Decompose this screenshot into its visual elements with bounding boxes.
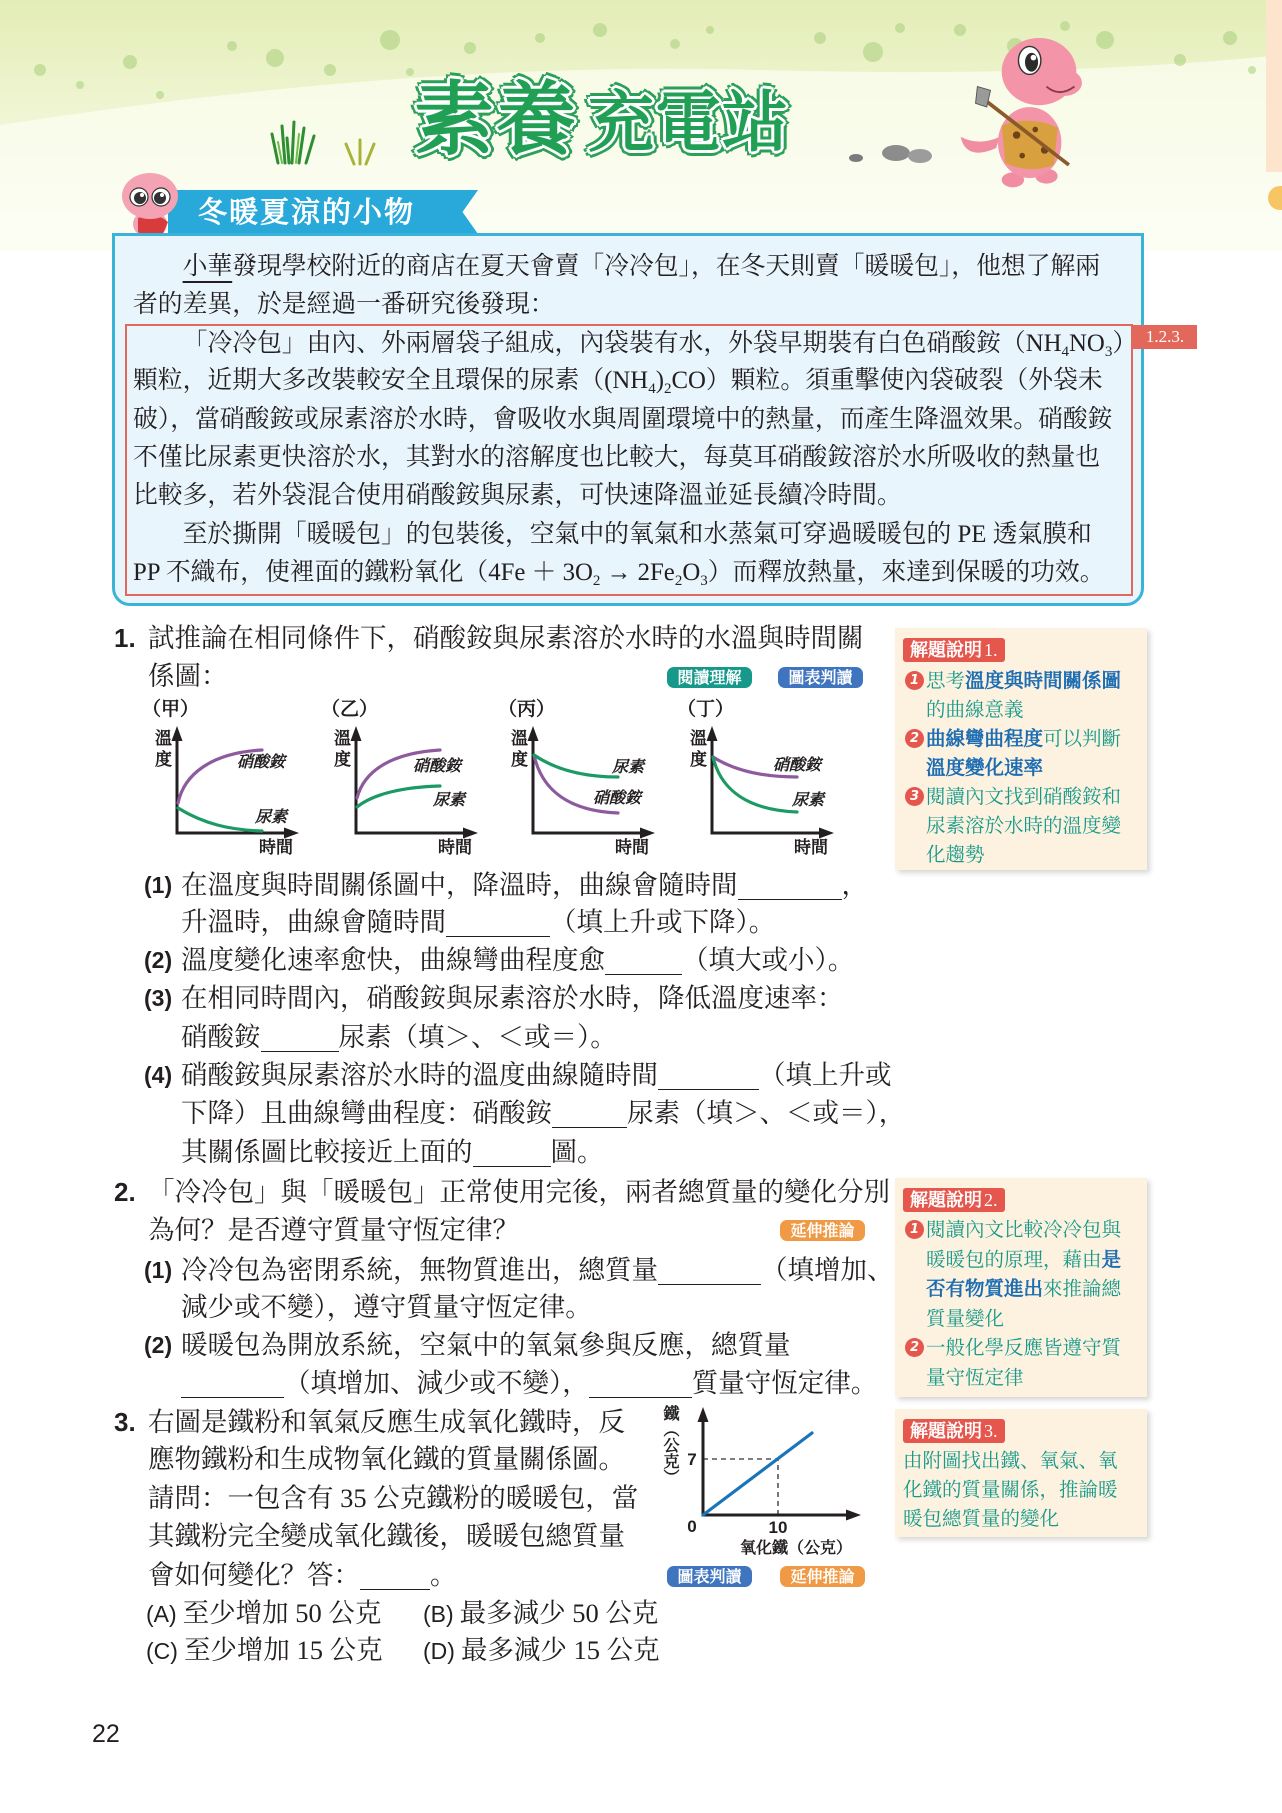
sub-question-line: 暖暖包為開放系統，空氣中的氧氣參與反應，總質量 [181, 1326, 791, 1364]
sub-question-number: (2) [144, 941, 172, 979]
hint-title: 解題說明 [910, 1190, 982, 1211]
sub-question-line: 在溫度與時間關係圖中，降溫時，曲線會隨時間， [181, 866, 868, 904]
question-number: 3. [114, 1403, 136, 1441]
passage-line: 小華發現學校附近的商店在夏天會賣「冷冷包」，在冬天則賣「暖暖包」，他想了解兩 [133, 248, 1100, 286]
curve-urea [534, 755, 618, 777]
option-text: 最多減少 15 公克 [461, 1635, 660, 1665]
graph-label: （丁） [677, 699, 734, 721]
graph-label: （丙） [498, 699, 555, 721]
hint-line: 質量變化 [895, 1304, 1147, 1334]
answer-blank [658, 1251, 761, 1285]
y-axis-arrow-icon [172, 726, 183, 741]
textbook-page: 素養 充電站 冬暖夏涼的小物 1.2.3. [0, 0, 1282, 1813]
y-axis-arrow-icon [707, 726, 718, 741]
hint-line: 否有物質進出來推論總 [895, 1274, 1147, 1304]
sub-question-text: 尿素（填＞、＜或＝）， [627, 1098, 905, 1128]
graph-bing: （丙） 溫度 硝酸銨 尿素 時間 [488, 695, 663, 865]
section-banner: 冬暖夏涼的小物 [168, 190, 478, 234]
hint-text: 可以判斷 [1043, 727, 1121, 750]
number-circle-icon: 3 [905, 787, 924, 806]
question-text: 為何？是否遵守質量守恆定律？ [148, 1211, 519, 1249]
x-axis-label: 時間 [615, 838, 649, 858]
hint-line: 暖暖包的原理，藉由是 [895, 1245, 1147, 1275]
sub-question-text: 在相同時間內，硝酸銨與尿素溶於水時，降低溫度速率： [181, 983, 844, 1013]
answer-blank [605, 941, 682, 975]
hint-highlight: 否有物質進出 [926, 1277, 1043, 1300]
hint-box-3: 解題說明3. 由附圖找出鐵、氧氣、氧 化鐵的質量關係，推論暖 暖包總質量的變化 [895, 1409, 1147, 1537]
curve-label-ammonium-nitrate: 硝酸銨 [593, 788, 641, 808]
passage-line: 比較多，若外袋混合使用硝酸銨與尿素，可快速降溫並延長續冷時間。 [133, 477, 902, 515]
tag-extended-reasoning: 延伸推論 [780, 1566, 865, 1587]
question-line: 會如何變化？答：。 [148, 1556, 457, 1594]
sub-question-text: （填大或小）。 [682, 945, 854, 975]
question-number: 2. [114, 1173, 136, 1211]
answer-blank [552, 1094, 627, 1128]
number-circle-icon: 2 [905, 729, 924, 748]
passage-text: 者的差異，於是經過一番研究後發現： [133, 291, 555, 318]
sub-question-text: 硝酸銨 [181, 1022, 261, 1052]
passage-text: PP 不織布，使裡面的鐵粉氧化（4Fe ＋ 3O [133, 559, 593, 586]
hint-line: 尿素溶於水時的溫度變 [895, 811, 1147, 840]
passage-text: O [682, 559, 700, 586]
passage-text: 破），當硝酸銨或尿素溶於水時，會吸收水與周圍環境中的熱量，而產生降溫效果。硝酸銨 [133, 406, 1112, 433]
hint-text: 質量變化 [926, 1307, 1004, 1330]
option-label: (B) [423, 1601, 454, 1627]
passage-line: 至於撕開「暖暖包」的包裝後，空氣中的氧氣和水蒸氣可穿過暖暖包的 PE 透氣膜和 [133, 516, 1092, 554]
hint-label: 解題說明1. [903, 638, 1005, 662]
question-text: 「冷冷包」與「暖暖包」正常使用完後，兩者總質量的變化分別 [148, 1173, 890, 1211]
hint-line: 化趨勢 [895, 840, 1147, 869]
passage-text: → 2Fe [600, 559, 674, 586]
option-c: (C)至少增加 15 公克 [146, 1631, 383, 1669]
question-text: 右圖是鐵粉和氧氣反應生成氧化鐵時，反 [148, 1403, 625, 1441]
page-title: 素養 充電站 [414, 50, 789, 160]
graph-jia: （甲） 溫度 硝酸銨 尿素 時間 [132, 695, 307, 865]
reference-label: 1.2.3. [1133, 325, 1197, 349]
passage-text: ）而釋放熱量，來達到保暖的功效。 [708, 559, 1105, 586]
answer-blank [446, 903, 550, 937]
y-axis-label: 溫度 [330, 729, 350, 771]
question-text: 應物鐵粉和生成物氧化鐵的質量關係圖。 [148, 1440, 625, 1478]
y-axis-label: 溫度 [507, 729, 527, 771]
sub-question-text: 減少或不變），遵守質量守恆定律。 [181, 1292, 592, 1322]
dinosaur-mascot-icon [955, 20, 1095, 196]
number-circle-icon: 2 [905, 1338, 924, 1357]
passage-text: 至於撕開「暖暖包」的包裝後，空氣中的氧氣和水蒸氣可穿過暖暖包的 PE 透氣膜和 [183, 521, 1092, 548]
x-axis-arrow-icon [284, 828, 299, 839]
hint-text: 化趨勢 [926, 843, 985, 866]
sub-question-text: （填上升或下降）。 [550, 907, 775, 937]
hint-line: 由附圖找出鐵、氧氣、氧 [895, 1446, 1147, 1475]
curve-label-urea: 尿素 [612, 757, 644, 777]
hint-title: 解題說明 [910, 640, 982, 661]
passage-line: 不僅比尿素更快溶於水，其對水的溶解度也比較大，每莫耳硝酸銨溶於水所吸收的熱量也 [133, 439, 1100, 477]
graph-ding: （丁） 溫度 硝酸銨 尿素 時間 [667, 695, 842, 865]
hint-box-1: 解題說明1. 1思考溫度與時間關係圖 的曲線意義 2曲線彎曲程度可以判斷 溫度變… [895, 628, 1147, 870]
sub-question-line: 溫度變化速率愈快，曲線彎曲程度愈（填大或小）。 [181, 941, 854, 979]
question-text: 其鐵粉完全變成氧化鐵後，暖暖包總質量 [148, 1517, 625, 1555]
hint-highlight: 溫度與時間關係圖 [965, 669, 1121, 692]
page-number: 22 [92, 1719, 120, 1749]
hint-item: 2曲線彎曲程度可以判斷 [895, 724, 1147, 753]
passage-line: 破），當硝酸銨或尿素溶於水時，會吸收水與周圍環境中的熱量，而產生降溫效果。硝酸銨 [133, 401, 1112, 439]
sub-question-line: 升溫時，曲線會隨時間（填上升或下降）。 [181, 903, 775, 941]
section-title: 冬暖夏涼的小物 [198, 190, 415, 234]
y-axis-label: 鐵（公克） [661, 1405, 679, 1485]
sub-question-text: 質量守恆定律。 [692, 1368, 878, 1398]
hint-item: 2一般化學反應皆遵守質 [895, 1333, 1147, 1363]
hint-text: 來推論總 [1043, 1277, 1121, 1300]
passage-line: 「冷冷包」由內、外兩層袋子組成，內袋裝有水，外袋早期裝有白色硝酸銨（NH4NO3… [133, 325, 1137, 363]
sub-question-line: 其關係圖比較接近上面的圖。 [181, 1133, 604, 1171]
hint-line: 溫度變化速率 [895, 753, 1147, 782]
sub-question-line: （填增加、減少或不變），質量守恆定律。 [181, 1364, 877, 1402]
sub-question-text: （填增加、 [761, 1255, 894, 1285]
x-axis-label: 時間 [794, 838, 828, 858]
passage-text: CO）顆粒。須重擊使內袋破裂（外袋未 [671, 367, 1102, 394]
y-axis-arrow-icon [528, 726, 539, 741]
number-circle-icon: 1 [905, 671, 924, 690]
sub-question-line: 減少或不變），遵守質量守恆定律。 [181, 1288, 592, 1326]
stones-icon [848, 140, 948, 164]
hint-highlight: 溫度變化速率 [926, 756, 1043, 779]
passage-text: 發現學校附近的商店在夏天會賣「冷冷包」，在冬天則賣「暖暖包」，他想了解兩 [232, 253, 1100, 280]
option-label: (D) [423, 1638, 455, 1664]
answer-blank [360, 1556, 430, 1590]
x-axis-arrow-icon [640, 828, 655, 839]
x-axis-label: 氧化鐵（公克） [740, 1538, 852, 1558]
sub-question-text: 冷冷包為密閉系統，無物質進出，總質量 [181, 1255, 658, 1285]
origin-label: 0 [680, 1518, 704, 1536]
sub-question-line: 在相同時間內，硝酸銨與尿素溶於水時，降低溫度速率： [181, 979, 844, 1017]
sub-question-line: 硝酸銨尿素（填＞、＜或＝）。 [181, 1018, 617, 1056]
x-axis-arrow-icon [846, 1510, 861, 1521]
hint-content: 1思考溫度與時間關係圖 的曲線意義 2曲線彎曲程度可以判斷 溫度變化速率 3閱讀… [895, 666, 1147, 869]
sub-question-text: ， [842, 870, 869, 900]
sub-question-text: 在溫度與時間關係圖中，降溫時，曲線會隨時間 [181, 870, 738, 900]
hint-text: 思考 [926, 669, 965, 692]
question-number: 1. [114, 619, 136, 657]
hint-line: 量守恆定律 [895, 1363, 1147, 1393]
sub-question-text: 溫度變化速率愈快，曲線彎曲程度愈 [181, 945, 605, 975]
option-b: (B)最多減少 50 公克 [423, 1594, 658, 1632]
question-text: 會如何變化？答： [148, 1560, 360, 1590]
hint-highlight: 曲線彎曲程度 [926, 727, 1043, 750]
sub-question-number: (2) [144, 1326, 172, 1364]
sub-question-text: 暖暖包為開放系統，空氣中的氧氣參與反應，總質量 [181, 1330, 791, 1360]
y-axis-label: 溫度 [151, 729, 171, 771]
small-mascot-icon [116, 166, 188, 240]
hint-item: 1閱讀內文比較冷冷包與 [895, 1215, 1147, 1245]
passage-text: NO [1069, 330, 1105, 357]
hint-text: 暖暖包的原理，藉由 [926, 1248, 1102, 1271]
hint-label: 解題說明2. [903, 1188, 1005, 1212]
question-text: 係圖： [148, 657, 228, 695]
answer-blank [181, 1364, 284, 1398]
hint-number: 1. [984, 640, 998, 660]
iron-oxide-mass-graph: 鐵（公克） 7 0 10 氧化鐵（公克） [660, 1400, 870, 1565]
hint-content: 1閱讀內文比較冷冷包與 暖暖包的原理，藉由是 否有物質進出來推論總 質量變化 2… [895, 1215, 1147, 1392]
tag-extended-reasoning: 延伸推論 [780, 1220, 865, 1241]
y-axis-arrow-icon [698, 1407, 709, 1422]
passage-text: 比較多，若外袋混合使用硝酸銨與尿素，可快速降溫並延長續冷時間。 [133, 482, 902, 509]
hint-content: 由附圖找出鐵、氧氣、氧 化鐵的質量關係，推論暖 暖包總質量的變化 [895, 1446, 1147, 1533]
passage-text: ) [656, 367, 664, 394]
answer-blank [738, 866, 842, 900]
sub-question-text: （填增加、減少或不變）， [284, 1368, 589, 1398]
subscript: 3 [700, 573, 708, 589]
x-axis-label: 時間 [438, 838, 472, 858]
passage-text: 「冷冷包」由內、外兩層袋子組成，內袋裝有水，外袋早期裝有白色硝酸銨（NH [183, 330, 1062, 357]
mass-relation-line [703, 1433, 812, 1515]
title-sub: 充電站 [588, 90, 789, 160]
hint-text: 閱讀內文找到硝酸銨和 [926, 785, 1121, 808]
hint-title: 解題說明 [910, 1421, 982, 1442]
option-text: 至少增加 15 公克 [184, 1635, 383, 1665]
hint-line: 的曲線意義 [895, 695, 1147, 724]
hint-line: 暖包總質量的變化 [895, 1504, 1147, 1533]
hint-number: 2. [984, 1190, 998, 1210]
passage-text: 顆粒，近期大多改裝較安全且環保的尿素（(NH [133, 367, 648, 394]
graph-label: （甲） [142, 699, 199, 721]
curve-label-ammonium-nitrate: 硝酸銨 [237, 752, 285, 772]
passage-line: 顆粒，近期大多改裝較安全且環保的尿素（(NH4)2CO）顆粒。須重擊使內袋破裂（… [133, 362, 1103, 400]
sub-question-line: 下降）且曲線彎曲程度：硝酸銨尿素（填＞、＜或＝）， [181, 1094, 905, 1132]
option-d: (D)最多減少 15 公克 [423, 1631, 660, 1669]
curve-urea [178, 808, 262, 831]
answer-blank [261, 1018, 339, 1052]
title-main: 素養 [414, 80, 578, 160]
sub-question-number: (1) [144, 866, 172, 904]
sub-question-number: (3) [144, 979, 172, 1017]
option-text: 至少增加 50 公克 [183, 1598, 382, 1628]
hint-box-2: 解題說明2. 1閱讀內文比較冷冷包與 暖暖包的原理，藉由是 否有物質進出來推論總… [895, 1178, 1147, 1397]
hint-highlight: 是 [1102, 1248, 1122, 1271]
y-axis-label: 溫度 [686, 729, 706, 771]
hint-text: 閱讀內文比較冷冷包與 [926, 1218, 1121, 1241]
sub-question-text: 下降）且曲線彎曲程度：硝酸銨 [181, 1098, 552, 1128]
x-axis-label: 時間 [259, 838, 293, 858]
subscript: 4 [1062, 344, 1070, 360]
subscript: 4 [648, 381, 656, 397]
passage-text: 不僅比尿素更快溶於水，其對水的溶解度也比較大，每莫耳硝酸銨溶於水所吸收的熱量也 [133, 444, 1100, 471]
hint-item: 3閱讀內文找到硝酸銨和 [895, 782, 1147, 811]
passage-line: 者的差異，於是經過一番研究後發現： [133, 286, 555, 324]
graph-label: （乙） [321, 699, 378, 721]
answer-blank [473, 1133, 551, 1167]
hint-text: 的曲線意義 [926, 698, 1024, 721]
number-circle-icon: 1 [905, 1220, 924, 1239]
hint-text: 量守恆定律 [926, 1366, 1024, 1389]
x-axis-arrow-icon [463, 828, 478, 839]
sub-question-line: 冷冷包為密閉系統，無物質進出，總質量（填增加、 [181, 1251, 894, 1289]
sub-question-line: 硝酸銨與尿素溶於水時的溫度曲線隨時間（填上升或 [181, 1056, 892, 1094]
sub-question-text: （填上升或 [759, 1060, 892, 1090]
sub-question-number: (4) [144, 1056, 172, 1094]
hint-item: 1思考溫度與時間關係圖 [895, 666, 1147, 695]
y-axis-arrow-icon [351, 726, 362, 741]
passage-line: PP 不織布，使裡面的鐵粉氧化（4Fe ＋ 3O2 → 2Fe2O3）而釋放熱量… [133, 554, 1105, 592]
x-axis-arrow-icon [819, 828, 834, 839]
hint-text: 尿素溶於水時的溫度變 [926, 814, 1121, 837]
curve-label-urea: 尿素 [792, 790, 824, 810]
hint-label: 解題說明3. [903, 1419, 1005, 1443]
answer-blank [658, 1056, 759, 1090]
sub-question-text: 升溫時，曲線會隨時間 [181, 907, 446, 937]
option-a: (A)至少增加 50 公克 [146, 1594, 381, 1632]
graph-yi: （乙） 溫度 硝酸銨 尿素 時間 [311, 695, 486, 865]
person-name: 小華 [183, 253, 233, 280]
sub-question-text: 圖。 [551, 1137, 604, 1167]
option-label: (C) [146, 1638, 178, 1664]
hint-line: 化鐵的質量關係，推論暖 [895, 1475, 1147, 1504]
option-label: (A) [146, 1601, 177, 1627]
y-tick-label: 7 [680, 1451, 704, 1469]
curve-label-urea: 尿素 [255, 807, 287, 827]
curve-urea [357, 786, 440, 807]
curve-label-ammonium-nitrate: 硝酸銨 [413, 756, 461, 776]
curve-label-ammonium-nitrate: 硝酸銨 [773, 755, 821, 775]
hint-text: 一般化學反應皆遵守質 [926, 1336, 1121, 1359]
sub-question-text: 尿素（填＞、＜或＝）。 [339, 1022, 617, 1052]
tag-chart-reading: 圖表判讀 [667, 1566, 752, 1587]
sub-question-text: 其關係圖比較接近上面的 [181, 1137, 473, 1167]
sub-question-text: 硝酸銨與尿素溶於水時的溫度曲線隨時間 [181, 1060, 658, 1090]
question-text: 請問：一包含有 35 公克鐵粉的暖暖包，當 [148, 1479, 638, 1517]
question-text: 。 [430, 1560, 457, 1590]
question-text: 試推論在相同條件下，硝酸銨與尿素溶於水時的水溫與時間關 [148, 619, 864, 657]
tag-chart-reading: 圖表判讀 [778, 667, 863, 688]
sub-question-number: (1) [144, 1251, 172, 1289]
answer-blank [589, 1364, 692, 1398]
edge-tab-peach [1266, 0, 1282, 172]
passage-text: ） [1112, 330, 1137, 357]
option-text: 最多減少 50 公克 [460, 1598, 659, 1628]
curve-label-urea: 尿素 [433, 790, 465, 810]
grass-icon [270, 120, 380, 166]
hint-number: 3. [984, 1421, 998, 1441]
tag-reading-comprehension: 閱讀理解 [667, 667, 752, 688]
x-tick-label: 10 [766, 1519, 790, 1537]
